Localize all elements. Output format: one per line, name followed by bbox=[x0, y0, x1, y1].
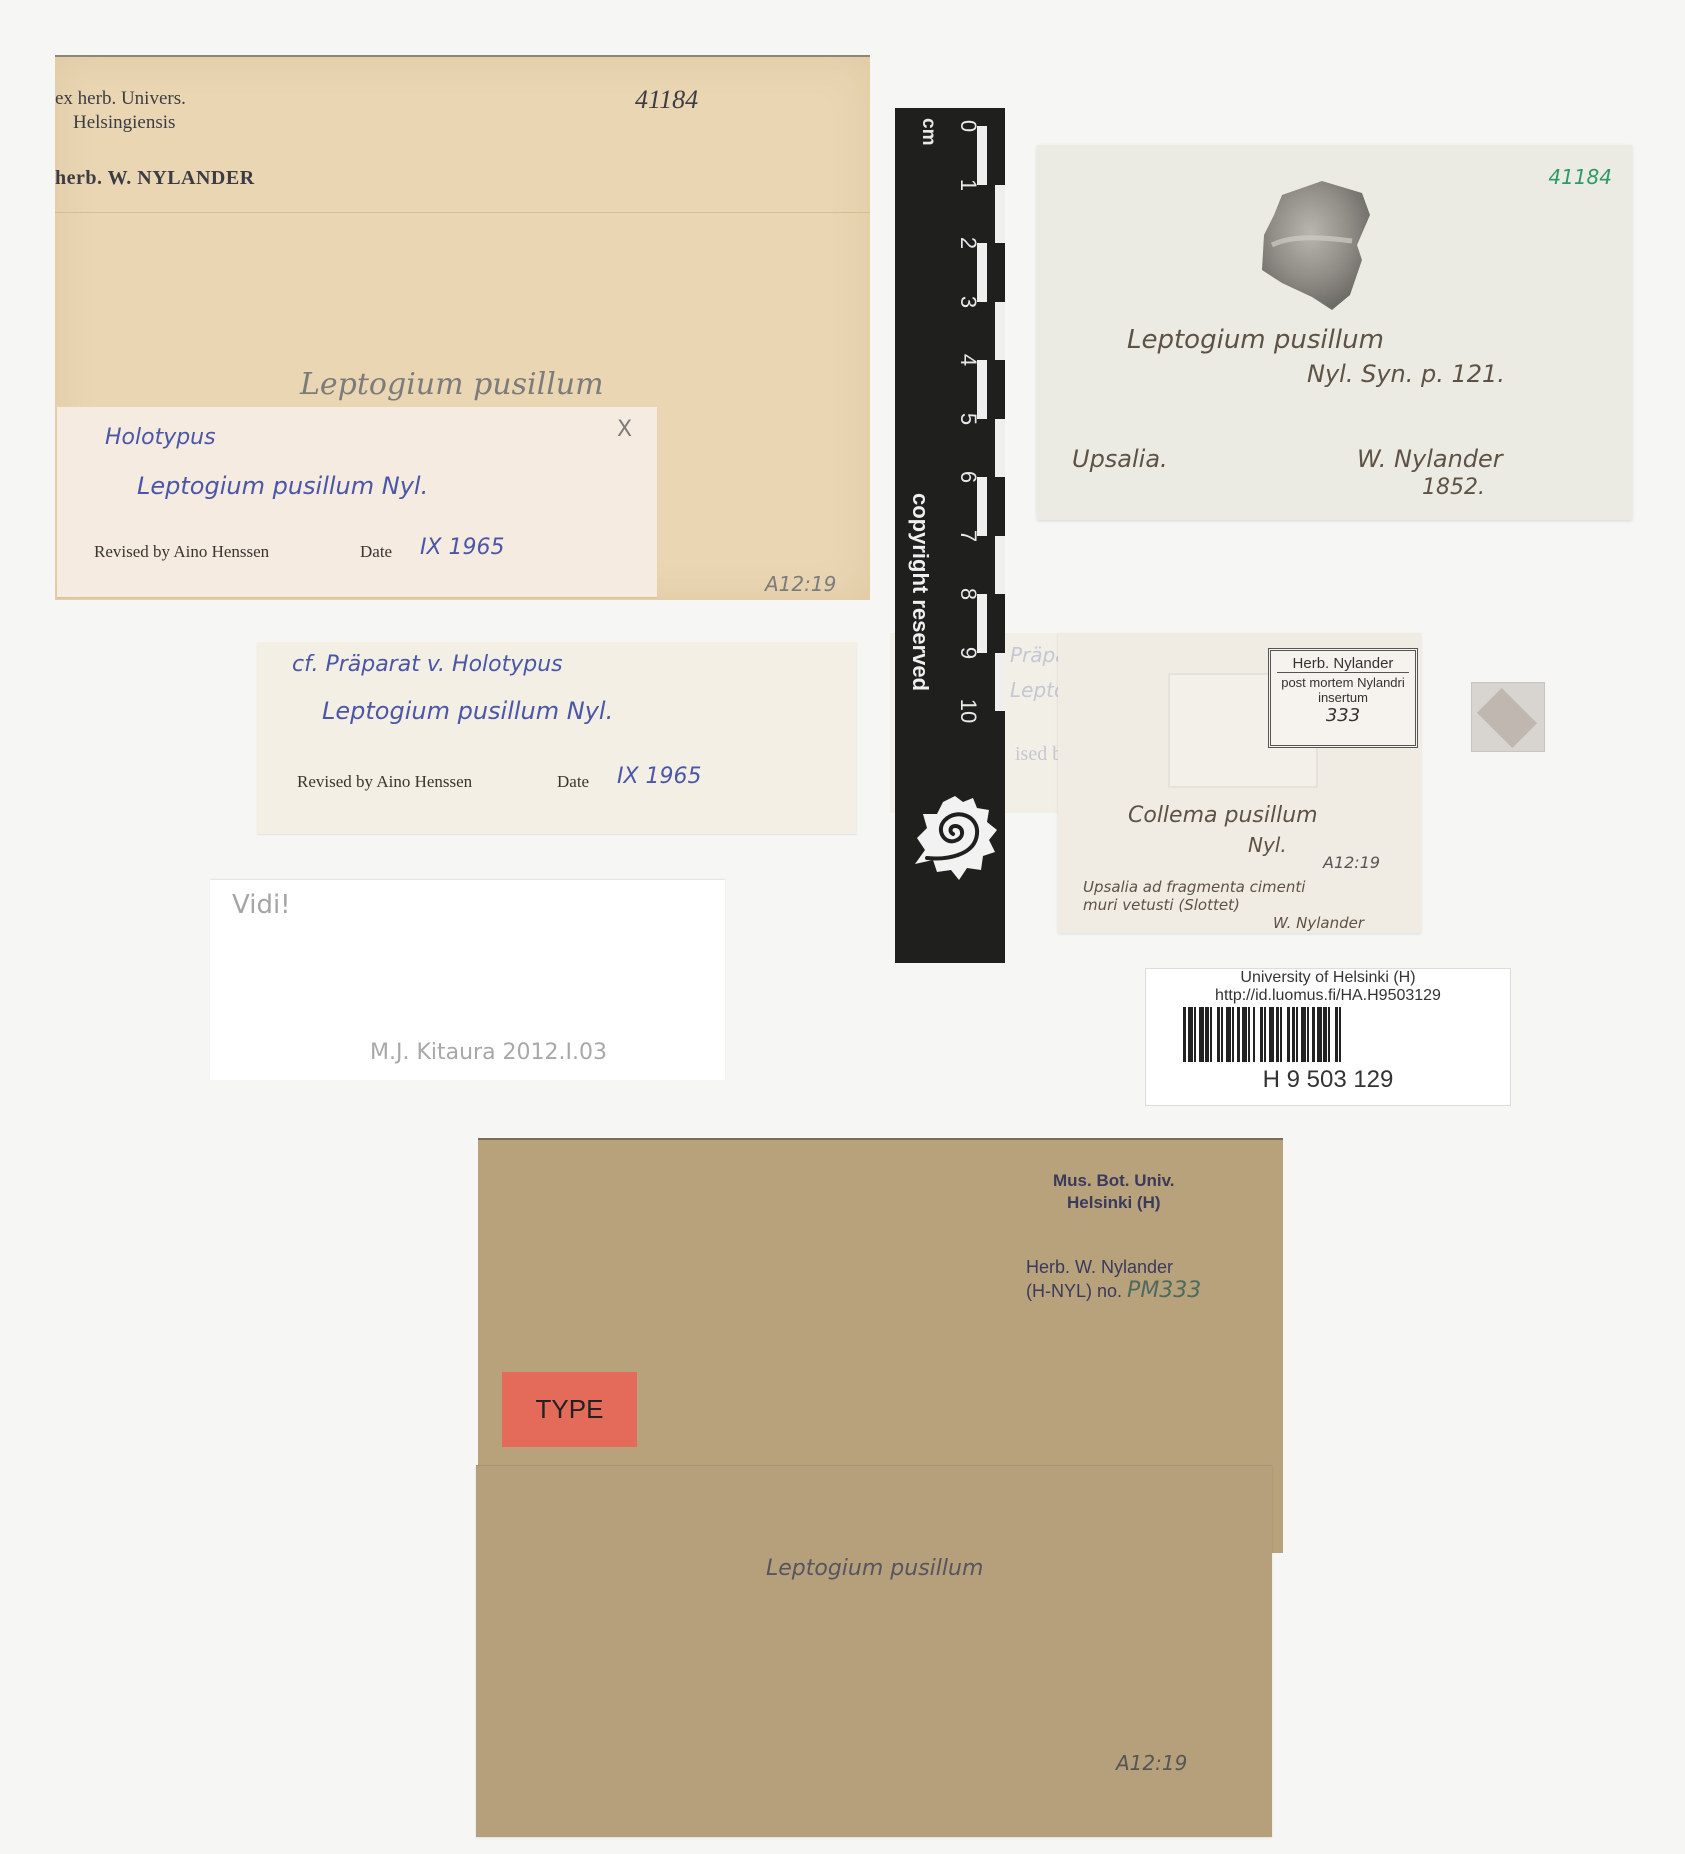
scale-block bbox=[977, 126, 987, 185]
institution: University of Helsinki (H) bbox=[1146, 969, 1510, 987]
revision-label-preparation: cf. Präparat v. Holotypus Leptogium pusi… bbox=[257, 642, 857, 834]
ref-code: A12:19 bbox=[1323, 853, 1380, 872]
tick-label: 10 bbox=[955, 696, 981, 726]
box-line-3: insertum bbox=[1271, 690, 1415, 705]
date-value: IX 1965 bbox=[420, 535, 505, 560]
specimen-card: 41184 Leptogium pusillum Nyl. Syn. p. 12… bbox=[1037, 145, 1632, 520]
barcode-label: University of Helsinki (H) http://id.luo… bbox=[1145, 968, 1511, 1106]
species-pencil-note: Leptogium pusillum bbox=[766, 1556, 983, 1581]
museum-stamp-line-2: Helsinki (H) bbox=[1053, 1192, 1175, 1214]
scale-block bbox=[977, 477, 987, 536]
revision-label-holotype: Holotypus X Leptogium pusillum Nyl. Revi… bbox=[57, 407, 657, 597]
locality: Upsalia. bbox=[1072, 445, 1168, 473]
taxon-name: Leptogium pusillum Nyl. bbox=[322, 697, 613, 725]
origin-stamp-line-2: Helsingiensis bbox=[55, 111, 186, 135]
scale-block bbox=[995, 536, 1005, 595]
herbarium-stamp-line: Herb. W. Nylander bbox=[1026, 1255, 1201, 1279]
barcode-number: H 9 503 129 bbox=[1146, 1066, 1510, 1094]
slide-sample bbox=[1477, 688, 1537, 748]
locality-line-2: muri vetusti (Slottet) bbox=[1083, 896, 1364, 914]
scale-block bbox=[995, 185, 1005, 244]
vidi-text: Vidi! bbox=[232, 890, 291, 920]
vidi-signature: M.J. Kitaura 2012.I.03 bbox=[370, 1040, 607, 1065]
specimen-packet: Herb. Nylander post mortem Nylandri inse… bbox=[1058, 633, 1421, 933]
scale-block bbox=[995, 419, 1005, 478]
copyright-text: copyright reserved bbox=[907, 493, 933, 691]
species-pencil-note: Leptogium pusillum bbox=[300, 367, 604, 402]
scale-block bbox=[977, 243, 987, 302]
type-label: TYPE bbox=[502, 1372, 637, 1447]
revised-by: Revised by Aino Henssen bbox=[94, 542, 269, 562]
box-line-2: post mortem Nylandri bbox=[1271, 675, 1415, 690]
specimen-uri: http://id.luomus.fi/HA.H9503129 bbox=[1146, 987, 1510, 1005]
number-label: (H-NYL) no. bbox=[1026, 1281, 1122, 1301]
unit-label: cm bbox=[917, 118, 939, 145]
ref-code: A12:19 bbox=[765, 572, 836, 596]
date-label: Date bbox=[360, 542, 392, 562]
status-text: cf. Präparat v. Holotypus bbox=[292, 652, 563, 677]
taxon-name: Collema pusillum bbox=[1128, 803, 1318, 828]
date-value: IX 1965 bbox=[617, 764, 702, 789]
scale-block bbox=[977, 360, 987, 419]
status-text: Holotypus bbox=[105, 425, 216, 450]
authority: Nyl. Syn. p. 121. bbox=[1307, 360, 1505, 388]
lichen-specimen-rock bbox=[1252, 175, 1377, 315]
locality-line-1: Upsalia ad fragmenta cimenti bbox=[1083, 878, 1364, 896]
collector: W. Nylander bbox=[1083, 914, 1364, 932]
museum-stamp-line-1: Mus. Bot. Univ. bbox=[1053, 1170, 1175, 1192]
scale-block bbox=[977, 594, 987, 653]
catalog-number: 41184 bbox=[635, 85, 698, 115]
origin-stamp: ex herb. Univers. Helsingiensis bbox=[55, 87, 186, 135]
taxon-name: Leptogium pusillum bbox=[1127, 325, 1384, 355]
ref-code: A12:19 bbox=[1116, 1751, 1187, 1775]
slide-fragment bbox=[1471, 682, 1545, 752]
catalog-number: 41184 bbox=[1548, 165, 1612, 189]
authority: Nyl. bbox=[1248, 833, 1287, 857]
year: 1852. bbox=[1422, 475, 1485, 500]
date-label: Date bbox=[557, 772, 589, 792]
box-number: 333 bbox=[1271, 705, 1415, 726]
number-value: PM333 bbox=[1127, 1278, 1201, 1303]
barcode bbox=[1183, 1007, 1473, 1062]
collector: W. Nylander bbox=[1357, 445, 1503, 473]
box-title: Herb. Nylander bbox=[1277, 655, 1409, 673]
herbarium-stamp: Herb. W. Nylander (H-NYL) no. PM333 bbox=[1026, 1255, 1201, 1303]
origin-stamp-line-1: ex herb. Univers. bbox=[55, 87, 186, 111]
barcode-bar bbox=[1341, 1007, 1344, 1062]
vidi-label: Vidi! M.J. Kitaura 2012.I.03 bbox=[210, 880, 725, 1080]
herbarium-box-label: Herb. Nylander post mortem Nylandri inse… bbox=[1268, 648, 1418, 748]
scale-block bbox=[995, 653, 1005, 712]
locality: Upsalia ad fragmenta cimenti muri vetust… bbox=[1083, 878, 1364, 932]
mark-x: X bbox=[617, 417, 632, 442]
spiral-logo-icon bbox=[905, 788, 1005, 888]
museum-stamp: Mus. Bot. Univ. Helsinki (H) bbox=[1053, 1170, 1175, 1214]
taxon-name: Leptogium pusillum Nyl. bbox=[137, 472, 428, 500]
revised-by: Revised by Aino Henssen bbox=[297, 772, 472, 792]
envelope-bottom-flap: Leptogium pusillum A12:19 bbox=[476, 1465, 1272, 1837]
scale-block bbox=[995, 302, 1005, 361]
envelope-fold-line bbox=[55, 212, 870, 213]
herbarium-stamp: herb. W. NYLANDER bbox=[55, 167, 255, 190]
